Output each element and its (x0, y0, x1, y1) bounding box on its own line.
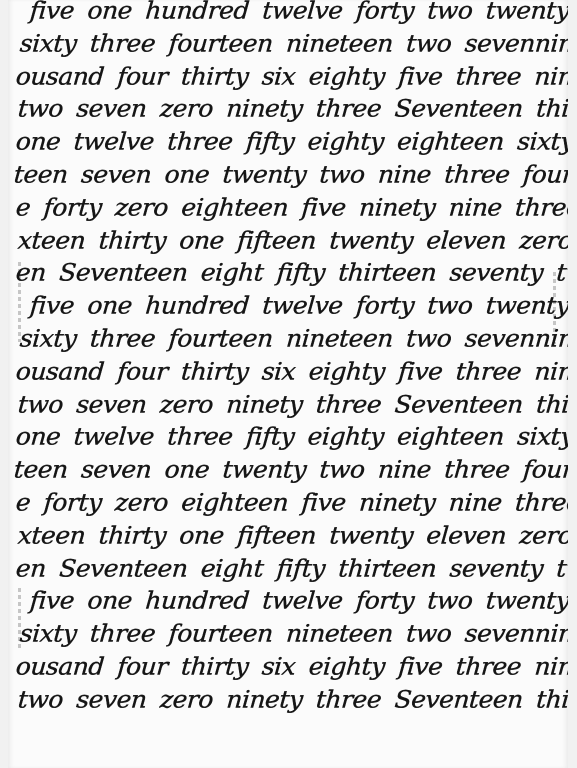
handwritten-line: one twelve three fifty eighty eighteen s… (15, 423, 568, 451)
handwritten-line: sixty three fourteen nineteen two sevenn… (19, 30, 568, 58)
handwritten-line: xteen thirty one fifteen twenty eleven z… (17, 226, 568, 254)
handwritten-line: two seven zero ninety three Seventeen th… (17, 686, 568, 714)
handwritten-line: ousand four thirty six eighty five three… (15, 62, 568, 90)
handwritten-line: ousand four thirty six eighty five three… (15, 358, 568, 386)
handwritten-line: ousand four thirty six eighty five three… (15, 653, 568, 681)
fabric-edge-right (568, 0, 577, 768)
handwritten-line: sixty three fourteen nineteen two sevenn… (19, 620, 568, 648)
handwritten-line: one twelve three fifty eighty eighteen s… (15, 128, 568, 156)
handwritten-line: e forty zero eighteen five ninety nine t… (15, 194, 568, 222)
handwritten-line: en Seventeen eight fifty thirteen sevent… (15, 554, 568, 582)
handwritten-line: five one hundred twelve forty two twenty… (29, 587, 568, 615)
handwritten-line: two seven zero ninety three Seventeen th… (17, 95, 568, 123)
handwritten-line: two seven zero ninety three Seventeen th… (17, 390, 568, 418)
handwritten-line: five one hundred twelve forty two twenty… (29, 0, 568, 24)
handwritten-line: five one hundred twelve forty two twenty… (29, 292, 568, 320)
handwritten-line: en Seventeen eight fifty thirteen sevent… (15, 259, 568, 287)
fabric-edge-left (0, 0, 8, 768)
handwritten-line: xteen thirty one fifteen twenty eleven z… (17, 522, 568, 550)
fabric-panel: five one hundred twelve forty two twenty… (8, 0, 568, 768)
handwritten-line: e forty zero eighteen five ninety nine t… (15, 489, 568, 517)
handwritten-line: teen seven one twenty two nine three fou… (13, 456, 568, 484)
handwritten-line: sixty three fourteen nineteen two sevenn… (19, 325, 568, 353)
handwritten-line: teen seven one twenty two nine three fou… (13, 161, 568, 189)
